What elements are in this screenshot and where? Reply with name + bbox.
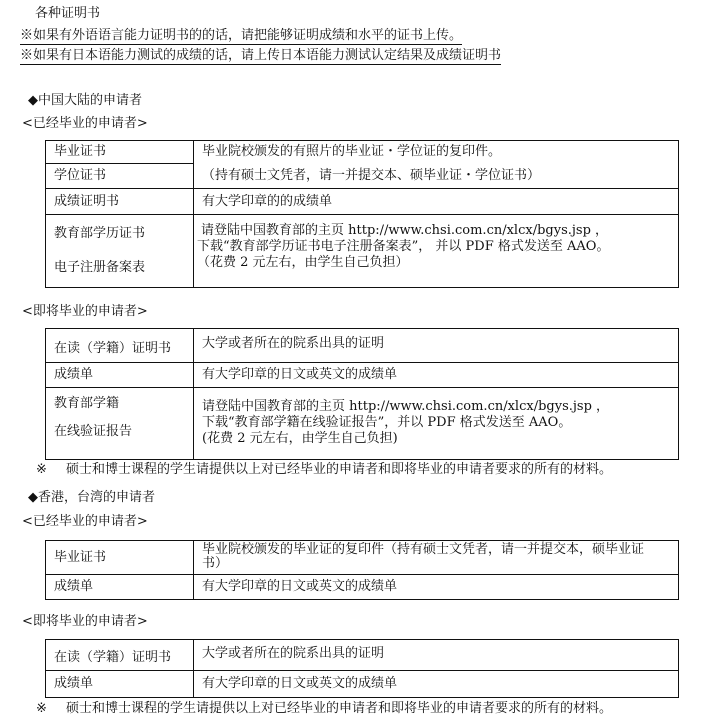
subheading-graduated: <已经毕业的申请者> (22, 116, 148, 132)
row-value: 有大学印章的的成绩单 (194, 189, 679, 215)
footnote-text: 硕士和博士课程的学生请提供以上对已经毕业的申请者和即将毕业的申请者要求的所有的材… (66, 701, 612, 716)
row-key: 毕业证书 (46, 541, 194, 575)
table-mainland-graduating: 在读（学籍）证明书 大学或者所在的院系出具的证明 成绩单 有大学印章的日文或英文… (45, 328, 679, 460)
value-line: （持有硕士文凭者，请一并提交本、硕毕业证・学位证书） (202, 168, 676, 184)
value-line: 毕业院校颁发的有照片的毕业证・学位证的复印件。 (202, 144, 676, 160)
row-value: 有大学印章的日文或英文的成绩单 (194, 363, 679, 388)
section-heading-hk-tw: ◆香港，台湾的申请者 (28, 490, 155, 506)
value-line: 请登陆中国教育部的主页 http://www.chsi.com.cn/xlcx/… (202, 399, 676, 415)
note-jlpt-certificate: ※如果有日本语能力测试的成绩的话，请上传日本语能力测试认定结果及成绩证明书 (20, 48, 501, 65)
row-value: 大学或者所在的院系出具的证明 (194, 640, 679, 671)
row-key: 成绩单 (46, 575, 194, 600)
row-key: 成绩单 (46, 363, 194, 388)
subheading-graduating: <即将毕业的申请者> (22, 304, 148, 320)
row-key: 在读（学籍）证明书 (46, 640, 194, 671)
value-line: （花费 2 元左右，由学生自己负担） (197, 255, 676, 271)
subheading-graduating: <即将毕业的申请者> (22, 614, 148, 630)
reference-mark: ※ (36, 462, 66, 478)
row-key: 学位证书 (46, 164, 194, 189)
table-hktw-graduating: 在读（学籍）证明书 大学或者所在的院系出具的证明 成绩单 有大学印章的日文或英文… (45, 639, 679, 698)
table-row: 教育部学历证书 电子注册备案表 请登陆中国教育部的主页 http://www.c… (46, 215, 679, 288)
table-row: 毕业证书 毕业院校颁发的有照片的毕业证・学位证的复印件。 （持有硕士文凭者，请一… (46, 141, 679, 164)
table-hktw-graduated: 毕业证书 毕业院校颁发的毕业证的复印件（持有硕士文凭者，请一并提交本，硕毕业证 … (45, 540, 679, 600)
row-value: 毕业院校颁发的毕业证的复印件（持有硕士文凭者，请一并提交本，硕毕业证 书） (194, 541, 679, 575)
row-key: 在读（学籍）证明书 (46, 329, 194, 363)
footnote-text: 硕士和博士课程的学生请提供以上对已经毕业的申请者和即将毕业的申请者要求的所有的材… (66, 462, 612, 477)
table-row: 毕业证书 毕业院校颁发的毕业证的复印件（持有硕士文凭者，请一并提交本，硕毕业证 … (46, 541, 679, 575)
value-line: 毕业院校颁发的毕业证的复印件（持有硕士文凭者，请一并提交本，硕毕业证 (202, 542, 676, 557)
document-title: 各种证明书 (35, 6, 100, 22)
value-line: 请登陆中国教育部的主页 http://www.chsi.com.cn/xlcx/… (197, 223, 676, 239)
value-line: 下载“教育部学历证书电子注册备案表”， 并以 PDF 格式发送至 AAO。 (197, 239, 676, 255)
section-heading-mainland: ◆中国大陆的申请者 (28, 93, 142, 109)
table-row: 成绩单 有大学印章的日文或英文的成绩单 (46, 575, 679, 600)
note-foreign-language-certificate: ※如果有外语语言能力证明书的的话，请把能够证明成绩和水平的证书上传。 (20, 28, 462, 45)
reference-mark: ※ (36, 701, 66, 717)
footnote-hk-tw: ※硕士和博士课程的学生请提供以上对已经毕业的申请者和即将毕业的申请者要求的所有的… (36, 701, 612, 717)
key-line: 在线验证报告 (54, 424, 187, 440)
row-key: 成绩证明书 (46, 189, 194, 215)
row-key: 教育部学历证书 电子注册备案表 (46, 215, 194, 288)
table-row: 教育部学籍 在线验证报告 请登陆中国教育部的主页 http://www.chsi… (46, 388, 679, 460)
row-value: 大学或者所在的院系出具的证明 (194, 329, 679, 363)
row-value: 请登陆中国教育部的主页 http://www.chsi.com.cn/xlcx/… (194, 215, 679, 288)
footnote-mainland: ※硕士和博士课程的学生请提供以上对已经毕业的申请者和即将毕业的申请者要求的所有的… (36, 462, 612, 478)
row-key: 教育部学籍 在线验证报告 (46, 388, 194, 460)
row-value: 请登陆中国教育部的主页 http://www.chsi.com.cn/xlcx/… (194, 388, 679, 460)
row-value: 有大学印章的日文或英文的成绩单 (194, 671, 679, 698)
table-mainland-graduated: 毕业证书 毕业院校颁发的有照片的毕业证・学位证的复印件。 （持有硕士文凭者，请一… (45, 140, 679, 288)
row-key: 成绩单 (46, 671, 194, 698)
value-line: 书） (202, 557, 676, 571)
row-value: 有大学印章的日文或英文的成绩单 (194, 575, 679, 600)
row-key: 毕业证书 (46, 141, 194, 164)
key-line: 电子注册备案表 (54, 260, 187, 276)
table-row: 在读（学籍）证明书 大学或者所在的院系出具的证明 (46, 329, 679, 363)
row-value: 毕业院校颁发的有照片的毕业证・学位证的复印件。 （持有硕士文凭者，请一并提交本、… (194, 141, 679, 189)
subheading-graduated: <已经毕业的申请者> (22, 514, 148, 530)
table-row: 在读（学籍）证明书 大学或者所在的院系出具的证明 (46, 640, 679, 671)
table-row: 成绩证明书 有大学印章的的成绩单 (46, 189, 679, 215)
key-line: 教育部学历证书 (54, 226, 187, 242)
table-row: 成绩单 有大学印章的日文或英文的成绩单 (46, 363, 679, 388)
key-line: 教育部学籍 (54, 396, 187, 412)
table-row: 成绩单 有大学印章的日文或英文的成绩单 (46, 671, 679, 698)
value-line: (花费 2 元左右，由学生自己负担) (202, 431, 676, 447)
value-line: 下载“教育部学籍在线验证报告”，并以 PDF 格式发送至 AAO。 (202, 415, 676, 431)
